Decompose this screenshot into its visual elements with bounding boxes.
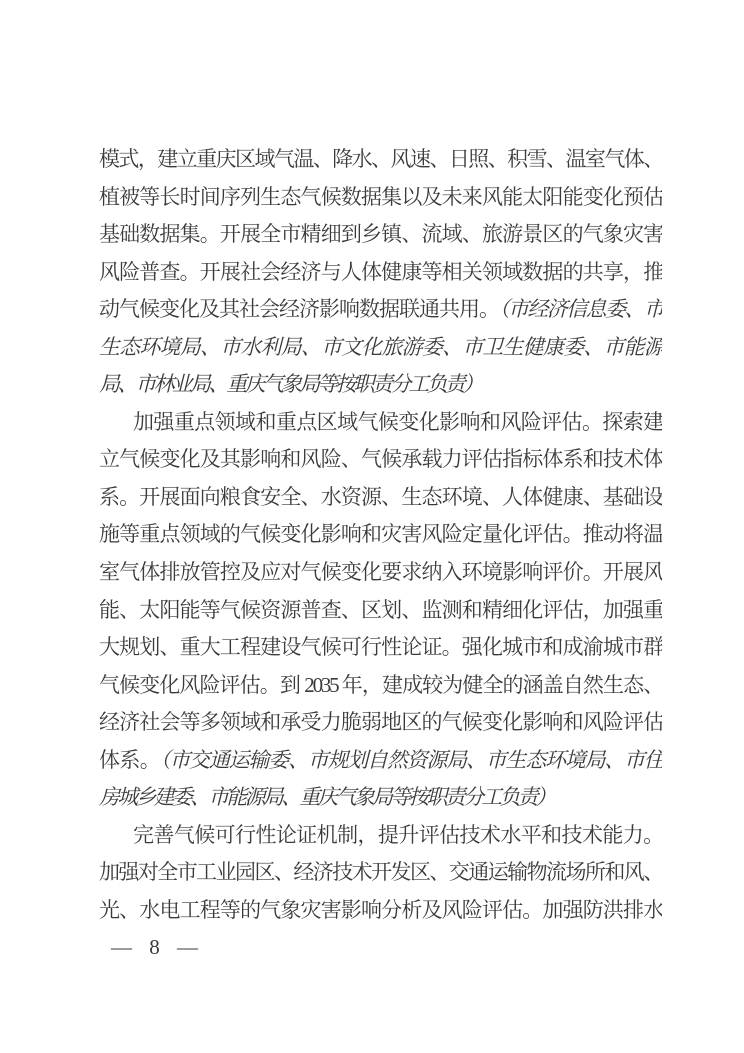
text-line: 系。开展面向粮食安全、水资源、生态环境、人体健康、基础设	[99, 479, 662, 517]
text-segment: 完善气候可行性论证机制，提升评估技术水平和技术能力。	[133, 823, 662, 847]
text-line: 完善气候可行性论证机制，提升评估技术水平和技术能力。	[99, 817, 662, 855]
text-body: 模式，建立重庆区域气温、降水、风速、日照、积雪、温室气体、 植被等长时间序列生态…	[99, 141, 662, 929]
text-line: 房城乡建委、市能源局、重庆气象局等按职责分工负责）	[99, 779, 662, 817]
text-line: 加强对全市工业园区、经济技术开发区、交通运输物流场所和风、	[99, 854, 662, 892]
text-segment: 系。开展面向粮食安全、水资源、生态环境、人体健康、基础设	[99, 485, 662, 509]
page-number: — 8 —	[111, 929, 204, 967]
text-line: 风险普查。开展社会经济与人体健康等相关领域数据的共享，推	[99, 254, 662, 292]
text-segment: 加强重点领域和重点区域气候变化影响和风险评估。探索建	[133, 410, 662, 434]
responsibility-attribution-segment: 局、市林业局、重庆气象局等按职责分工负责）	[99, 372, 481, 396]
text-line: 气候变化风险评估。到 2035 年，建成较为健全的涵盖自然生态、	[99, 667, 662, 705]
document-page: 模式，建立重庆区域气温、降水、风速、日照、积雪、温室气体、 植被等长时间序列生态…	[0, 0, 744, 1053]
text-segment: 模式，建立重庆区域气温、降水、风速、日照、积雪、温室气体、	[99, 147, 662, 171]
text-line: 施等重点领域的气候变化影响和灾害风险定量化评估。推动将温	[99, 516, 662, 554]
text-segment: 气候变化风险评估。到 2035 年，建成较为健全的涵盖自然生态、	[99, 673, 662, 697]
text-segment: 经济社会等多领域和承受力脆弱地区的气候变化影响和风险评估	[99, 710, 662, 734]
text-line: 经济社会等多领域和承受力脆弱地区的气候变化影响和风险评估	[99, 704, 662, 742]
text-segment: 风险普查。开展社会经济与人体健康等相关领域数据的共享，推	[99, 260, 662, 284]
text-segment: 光、水电工程等的气象灾害影响分析及风险评估。加强防洪排水	[99, 898, 662, 922]
text-segment: 动气候变化及其社会经济影响数据联通共用。	[99, 297, 499, 321]
text-line: 局、市林业局、重庆气象局等按职责分工负责）	[99, 366, 662, 404]
text-line: 加强重点领域和重点区域气候变化影响和风险评估。探索建	[99, 404, 662, 442]
text-segment: 基础数据集。开展全市精细到乡镇、流域、旅游景区的气象灾害	[99, 222, 662, 246]
text-line: 动气候变化及其社会经济影响数据联通共用。（市经济信息委、市	[99, 291, 662, 329]
responsibility-attribution-segment: （市经济信息委、市	[499, 297, 662, 321]
text-segment: 大规划、重大工程建设气候可行性论证。强化城市和成渝城市群	[99, 635, 662, 659]
paragraph: 模式，建立重庆区域气温、降水、风速、日照、积雪、温室气体、 植被等长时间序列生态…	[99, 141, 662, 404]
text-line: 体系。（市交通运输委、市规划自然资源局、市生态环境局、市住	[99, 742, 662, 780]
text-segment: 室气体排放管控及应对气候变化要求纳入环境影响评价。开展风	[99, 560, 662, 584]
text-segment: 植被等长时间序列生态气候数据集以及未来风能太阳能变化预估	[99, 185, 662, 209]
responsibility-attribution-segment: 生态环境局、市水利局、市文化旅游委、市卫生健康委、市能源	[99, 335, 662, 359]
responsibility-attribution-segment: （市交通运输委、市规划自然资源局、市生态环境局、市住	[160, 748, 662, 772]
text-segment: 能、太阳能等气候资源普查、区划、监测和精细化评估，加强重	[99, 598, 662, 622]
text-segment: 立气候变化及其影响和风险、气候承载力评估指标体系和技术体	[99, 447, 662, 471]
text-line: 模式，建立重庆区域气温、降水、风速、日照、积雪、温室气体、	[99, 141, 662, 179]
text-line: 光、水电工程等的气象灾害影响分析及风险评估。加强防洪排水	[99, 892, 662, 930]
paragraph: 加强重点领域和重点区域气候变化影响和风险评估。探索建 立气候变化及其影响和风险、…	[99, 404, 662, 817]
text-line: 基础数据集。开展全市精细到乡镇、流域、旅游景区的气象灾害	[99, 216, 662, 254]
text-segment: 体系。	[99, 748, 160, 772]
text-line: 生态环境局、市水利局、市文化旅游委、市卫生健康委、市能源	[99, 329, 662, 367]
text-line: 立气候变化及其影响和风险、气候承载力评估指标体系和技术体	[99, 441, 662, 479]
text-segment: 施等重点领域的气候变化影响和灾害风险定量化评估。推动将温	[99, 522, 662, 546]
text-line: 室气体排放管控及应对气候变化要求纳入环境影响评价。开展风	[99, 554, 662, 592]
text-line: 植被等长时间序列生态气候数据集以及未来风能太阳能变化预估	[99, 179, 662, 217]
text-segment: 加强对全市工业园区、经济技术开发区、交通运输物流场所和风、	[99, 860, 662, 884]
text-line: 大规划、重大工程建设气候可行性论证。强化城市和成渝城市群	[99, 629, 662, 667]
responsibility-attribution-segment: 房城乡建委、市能源局、重庆气象局等按职责分工负责）	[99, 785, 554, 809]
text-line: 能、太阳能等气候资源普查、区划、监测和精细化评估，加强重	[99, 592, 662, 630]
paragraph: 完善气候可行性论证机制，提升评估技术水平和技术能力。 加强对全市工业园区、经济技…	[99, 817, 662, 930]
